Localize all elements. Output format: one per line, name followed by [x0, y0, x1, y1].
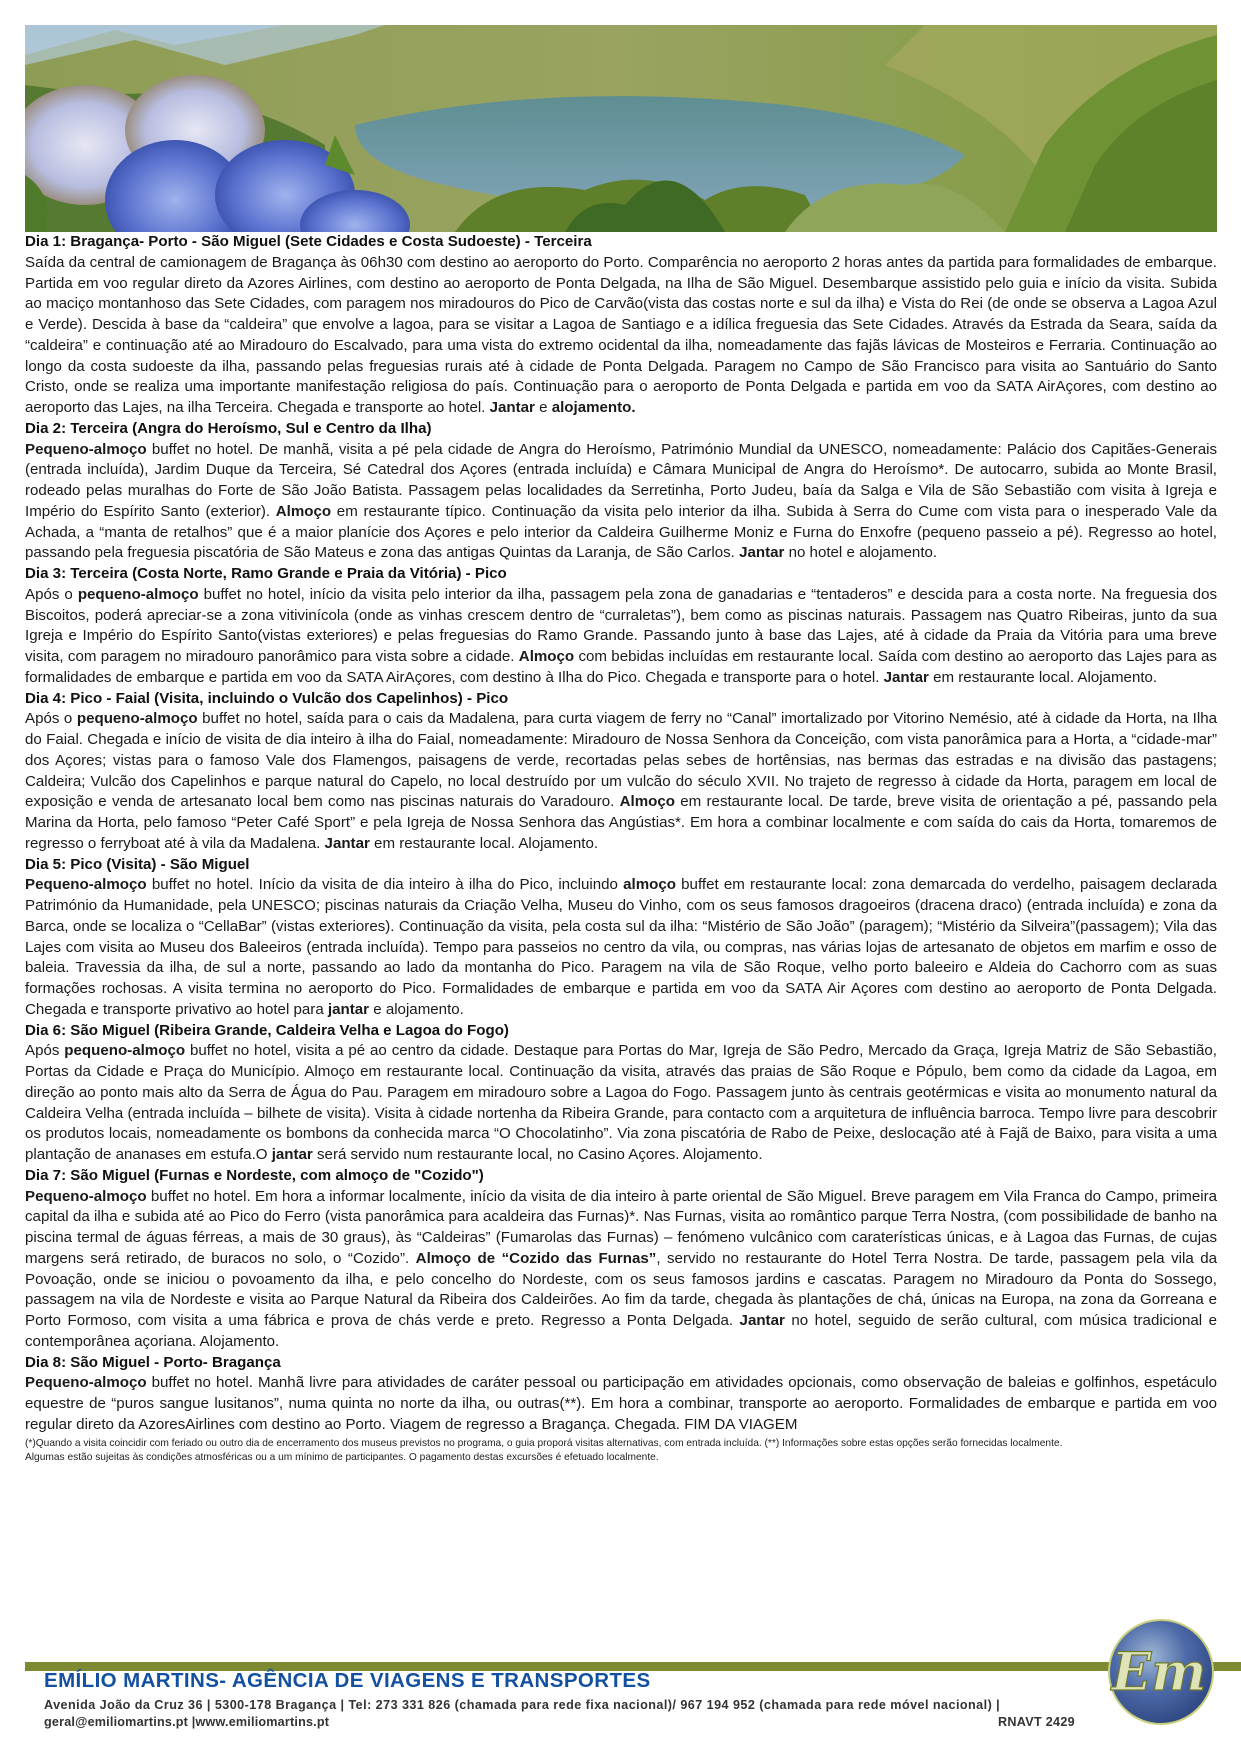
day-section: Dia 7: São Miguel (Furnas e Nordeste, co… — [25, 1166, 1217, 1353]
body-text: será servido num restaurante local, no C… — [313, 1146, 763, 1163]
highlighted-meal-text: jantar — [328, 1001, 369, 1018]
highlighted-meal-text: Pequeno-almoço — [25, 441, 147, 458]
highlighted-meal-text: pequeno-almoço — [77, 710, 198, 727]
body-text: Saída da central de camionagem de Bragan… — [25, 254, 1217, 416]
day-title: Dia 4: Pico - Faial (Visita, incluindo o… — [25, 689, 1217, 710]
highlighted-meal-text: Almoço de “Cozido das Furnas” — [416, 1250, 657, 1267]
day-description: Após pequeno-almoço buffet no hotel, vis… — [25, 1041, 1217, 1166]
body-text: em restaurante local. Alojamento. — [929, 669, 1157, 686]
highlighted-meal-text: alojamento. — [552, 399, 636, 416]
day-description: Pequeno-almoço buffet no hotel. Manhã li… — [25, 1373, 1217, 1435]
itinerary: Dia 1: Bragança- Porto - São Miguel (Set… — [25, 232, 1217, 1465]
body-text: no hotel e alojamento. — [784, 544, 937, 561]
highlighted-meal-text: Pequeno-almoço — [25, 1374, 147, 1391]
body-text: e alojamento. — [369, 1001, 464, 1018]
em-logo-icon: Em — [1105, 1616, 1217, 1728]
body-text: Após o — [25, 586, 78, 603]
day-title: Dia 2: Terceira (Angra do Heroísmo, Sul … — [25, 419, 1217, 440]
body-text: em restaurante local. Alojamento. — [370, 835, 598, 852]
svg-text:Em: Em — [1110, 1642, 1207, 1703]
highlighted-meal-text: Jantar — [490, 399, 535, 416]
highlighted-meal-text: Jantar — [739, 544, 784, 561]
highlighted-meal-text: Jantar — [884, 669, 929, 686]
day-title: Dia 3: Terceira (Costa Norte, Ramo Grand… — [25, 564, 1217, 585]
highlighted-meal-text: Almoço — [276, 503, 331, 520]
highlighted-meal-text: pequeno-almoço — [64, 1042, 185, 1059]
day-section: Dia 2: Terceira (Angra do Heroísmo, Sul … — [25, 419, 1217, 564]
day-title: Dia 5: Pico (Visita) - São Miguel — [25, 855, 1217, 876]
body-text: e — [535, 399, 552, 416]
body-text: buffet no hotel, visita a pé ao centro d… — [25, 1042, 1217, 1163]
landscape-illustration — [25, 25, 1217, 232]
day-description: Pequeno-almoço buffet no hotel. De manhã… — [25, 440, 1217, 565]
highlighted-meal-text: Pequeno-almoço — [25, 1188, 147, 1205]
day-section: Dia 3: Terceira (Costa Norte, Ramo Grand… — [25, 564, 1217, 689]
highlighted-meal-text: jantar — [272, 1146, 313, 1163]
day-section: Dia 4: Pico - Faial (Visita, incluindo o… — [25, 689, 1217, 855]
body-text: Após — [25, 1042, 64, 1059]
hero-image-sete-cidades — [25, 25, 1217, 232]
body-text: buffet no hotel. Manhã livre para ativid… — [25, 1374, 1217, 1433]
company-logo: Em — [1105, 1616, 1217, 1728]
day-title: Dia 1: Bragança- Porto - São Miguel (Set… — [25, 232, 1217, 253]
day-section: Dia 6: São Miguel (Ribeira Grande, Calde… — [25, 1021, 1217, 1166]
day-description: Saída da central de camionagem de Bragan… — [25, 253, 1217, 419]
day-section: Dia 1: Bragança- Porto - São Miguel (Set… — [25, 232, 1217, 419]
day-description: Pequeno-almoço buffet no hotel. Início d… — [25, 875, 1217, 1020]
highlighted-meal-text: Pequeno-almoço — [25, 876, 147, 893]
day-title: Dia 6: São Miguel (Ribeira Grande, Calde… — [25, 1021, 1217, 1042]
rnavt-license: RNAVT 2429 — [998, 1715, 1075, 1729]
day-title: Dia 8: São Miguel - Porto- Bragança — [25, 1353, 1217, 1374]
highlighted-meal-text: Almoço — [620, 793, 675, 810]
body-text: Após o — [25, 710, 77, 727]
body-text: buffet no hotel. Início da visita de dia… — [147, 876, 624, 893]
day-section: Dia 5: Pico (Visita) - São Miguel Pequen… — [25, 855, 1217, 1021]
footnote: (*)Quando a visita coincidir com feriado… — [25, 1437, 1095, 1465]
day-title: Dia 7: São Miguel (Furnas e Nordeste, co… — [25, 1166, 1217, 1187]
day-description: Após o pequeno-almoço buffet no hotel, i… — [25, 585, 1217, 689]
highlighted-meal-text: almoço — [623, 876, 676, 893]
company-name: EMÍLIO MARTINS- AGÊNCIA DE VIAGENS E TRA… — [44, 1669, 651, 1693]
day-description: Após o pequeno-almoço buffet no hotel, s… — [25, 709, 1217, 854]
highlighted-meal-text: Jantar — [740, 1312, 785, 1329]
company-address: Avenida João da Cruz 36 | 5300-178 Braga… — [44, 1696, 1000, 1714]
email-and-website-links[interactable]: geral@emiliomartins.pt |www.emiliomartin… — [44, 1715, 329, 1729]
day-description: Pequeno-almoço buffet no hotel. Em hora … — [25, 1187, 1217, 1353]
day-section: Dia 8: São Miguel - Porto- Bragança Pequ… — [25, 1353, 1217, 1436]
highlighted-meal-text: pequeno-almoço — [78, 586, 199, 603]
highlighted-meal-text: Jantar — [325, 835, 370, 852]
body-text: buffet em restaurante local: zona demarc… — [25, 876, 1217, 1018]
company-contacts: geral@emiliomartins.pt |www.emiliomartin… — [44, 1715, 329, 1729]
highlighted-meal-text: Almoço — [519, 648, 574, 665]
